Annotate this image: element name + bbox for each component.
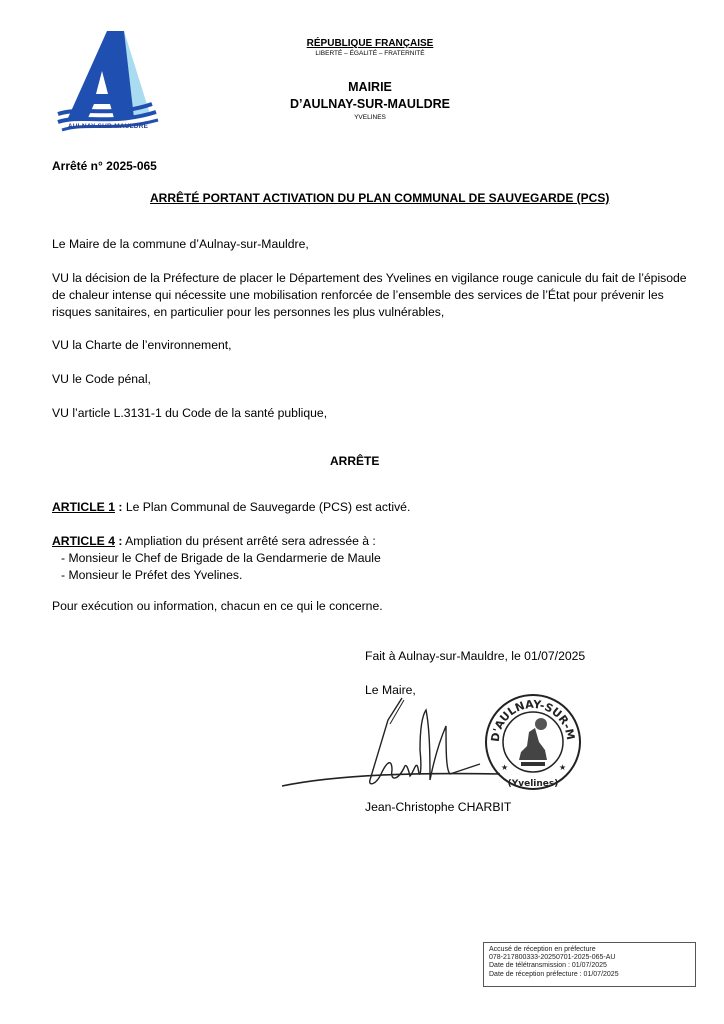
national-motto: LIBERTÉ – ÉGALITÉ – FRATERNITÉ	[250, 50, 490, 57]
prefecture-receipt-box: Accusé de réception en préfecture 078-21…	[483, 942, 696, 987]
closing-paragraph: Pour exécution ou information, chacun en…	[52, 598, 692, 615]
republic-heading: RÉPUBLIQUE FRANÇAISE	[250, 38, 490, 49]
consideration-penal-code: VU le Code pénal,	[52, 371, 692, 388]
svg-text:★: ★	[559, 763, 566, 772]
recipient-prefet: - Monsieur le Préfet des Yvelines.	[52, 567, 692, 584]
mairie-heading: MAIRIE	[250, 80, 490, 94]
municipal-logo	[52, 26, 164, 138]
article-1: ARTICLE 1 : Le Plan Communal de Sauvegar…	[52, 499, 692, 516]
handwritten-signature	[270, 690, 510, 800]
article-4-label: ARTICLE 4	[52, 534, 115, 548]
signatory-name: Jean-Christophe CHARBIT	[365, 799, 511, 816]
article-1-text: Le Plan Communal de Sauvegarde (PCS) est…	[122, 500, 410, 514]
consideration-health-code: VU l’article L.3131-1 du Code de la sant…	[52, 405, 692, 422]
receipt-line: 078-217800333-20250701-2025-065-AU	[489, 954, 690, 962]
receipt-line: Date de télétransmission : 01/07/2025	[489, 962, 690, 970]
decree-number: Arrêté n° 2025-065	[52, 159, 157, 173]
decision-heading: ARRÊTE	[330, 454, 379, 468]
receipt-line: Accusé de réception en préfecture	[489, 946, 690, 954]
svg-text:★: ★	[501, 763, 508, 772]
department-label: YVELINES	[250, 114, 490, 121]
place-date: Fait à Aulnay-sur-Mauldre, le 01/07/2025	[365, 648, 585, 665]
receipt-line: Date de réception préfecture : 01/07/202…	[489, 971, 690, 979]
article-4-text: Ampliation du présent arrêté sera adress…	[122, 534, 375, 548]
consideration-prefecture: VU la décision de la Préfecture de place…	[52, 270, 692, 321]
recipient-gendarmerie: - Monsieur le Chef de Brigade de la Gend…	[52, 550, 692, 567]
decree-title: ARRÊTÉ PORTANT ACTIVATION DU PLAN COMMUN…	[150, 191, 609, 205]
stamp-bottom-text: (Yvelines)	[508, 779, 559, 789]
logo-caption: AULNAY-SUR-MAULDRE	[56, 123, 160, 130]
article-4: ARTICLE 4 : Ampliation du présent arrêté…	[52, 533, 692, 584]
intro-paragraph: Le Maire de la commune d’Aulnay-sur-Maul…	[52, 236, 692, 253]
article-1-label: ARTICLE 1	[52, 500, 115, 514]
municipal-stamp: MAIRIE D'AULNAY-SUR-MAULDRE (Yvelines) ★…	[483, 692, 583, 792]
commune-heading: D’AULNAY-SUR-MAULDRE	[250, 97, 490, 111]
consideration-charter: VU la Charte de l’environnement,	[52, 337, 692, 354]
